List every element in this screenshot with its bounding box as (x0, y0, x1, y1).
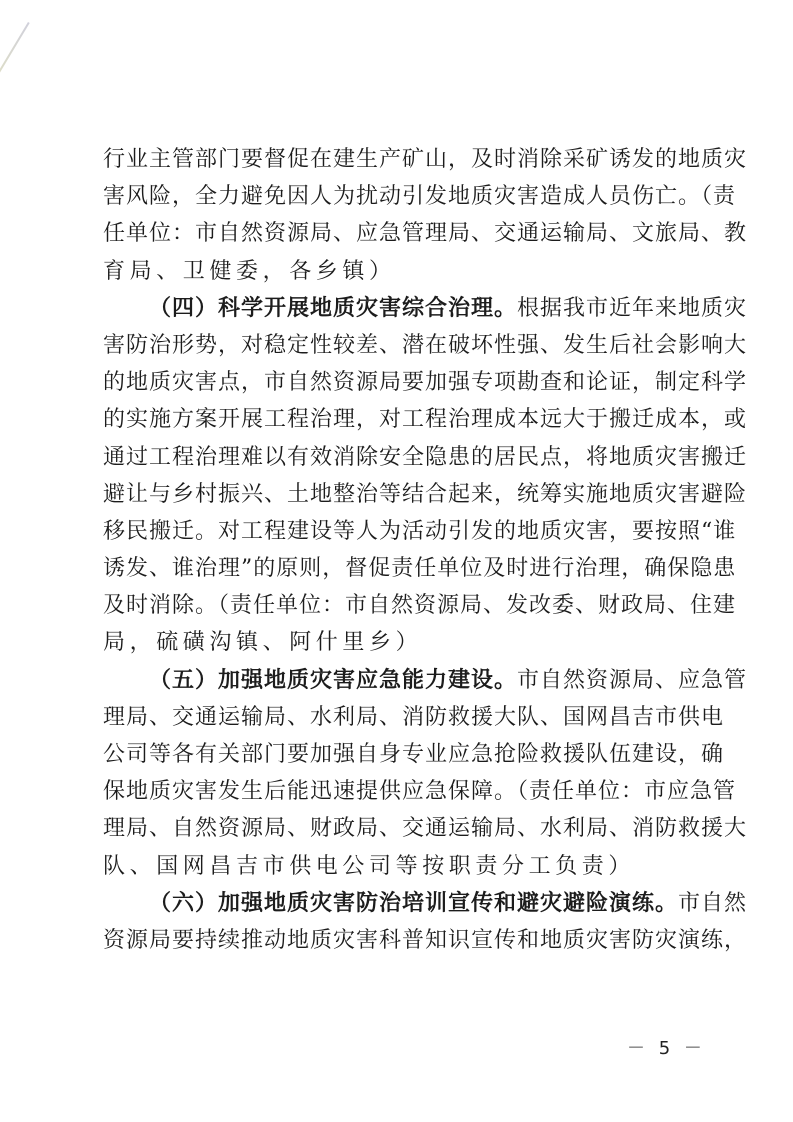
section-4-heading: （四）科学开展地质灾害综合治理。 (149, 295, 517, 321)
text-line: 理局、自然资源局、财政局、交通运输局、水利局、消防救援大 (103, 810, 709, 847)
text-line: 诱发、谁治理”的原则，督促责任单位及时进行治理，确保隐患 (103, 550, 709, 587)
scan-artifact-streak (0, 22, 30, 133)
text-line: 移民搬迁。对工程建设等人为活动引发的地质灾害，要按照“谁 (103, 513, 709, 550)
text-line: 根据我市近年来地质灾 (517, 296, 747, 321)
text-line: 资源局要持续推动地质灾害科普知识宣传和地质灾害防灾演练， (103, 922, 709, 959)
text-line: 通过工程治理难以有效消除安全隐患的居民点，将地质灾害搬迁 (103, 439, 709, 476)
text-line: 害风险，全力避免因人为扰动引发地质灾害造成人员伤亡。（责 (103, 178, 709, 215)
text-line: 市自然 (678, 891, 747, 916)
text-line: 队、国网昌吉市供电公司等按职责分工负责） (103, 848, 709, 885)
text-line: 行业主管部门要督促在建生产矿山，及时消除采矿诱发的地质灾 (103, 141, 709, 178)
section-4-first-line: （四）科学开展地质灾害综合治理。根据我市近年来地质灾 (103, 290, 709, 327)
text-line: 公司等各有关部门要加强自身专业应急抢险救援队伍建设，确 (103, 736, 709, 773)
text-line: 市自然资源局、应急管 (517, 668, 747, 693)
text-line: 任单位：市自然资源局、应急管理局、交通运输局、文旅局、教 (103, 215, 709, 252)
text-line: 育局、卫健委，各乡镇） (103, 253, 709, 290)
text-line: 理局、交通运输局、水利局、消防救援大队、国网昌吉市供电 (103, 699, 709, 736)
section-5-heading: （五）加强地质灾害应急能力建设。 (149, 667, 517, 693)
section-5-first-line: （五）加强地质灾害应急能力建设。市自然资源局、应急管 (103, 662, 709, 699)
document-page: 行业主管部门要督促在建生产矿山，及时消除采矿诱发的地质灾 害风险，全力避免因人为… (0, 0, 793, 1122)
section-6-heading: （六）加强地质灾害防治培训宣传和避灾避险演练。 (149, 890, 678, 916)
text-line: 的地质灾害点，市自然资源局要加强专项勘查和论证，制定科学 (103, 364, 709, 401)
text-line: 的实施方案开展工程治理，对工程治理成本远大于搬迁成本，或 (103, 401, 709, 438)
text-line: 局，硫磺沟镇、阿什里乡） (103, 624, 709, 661)
text-line: 避让与乡村振兴、土地整治等结合起来，统筹实施地质灾害避险 (103, 476, 709, 513)
section-6-first-line: （六）加强地质灾害防治培训宣传和避灾避险演练。市自然 (103, 885, 709, 922)
text-line: 害防治形势，对稳定性较差、潜在破坏性强、发生后社会影响大 (103, 327, 709, 364)
document-body: 行业主管部门要督促在建生产矿山，及时消除采矿诱发的地质灾 害风险，全力避免因人为… (103, 141, 709, 959)
text-line: 及时消除。（责任单位：市自然资源局、发改委、财政局、住建 (103, 587, 709, 624)
text-line: 保地质灾害发生后能迅速提供应急保障。（责任单位：市应急管 (103, 773, 709, 810)
page-number: － 5 － (627, 1034, 706, 1060)
